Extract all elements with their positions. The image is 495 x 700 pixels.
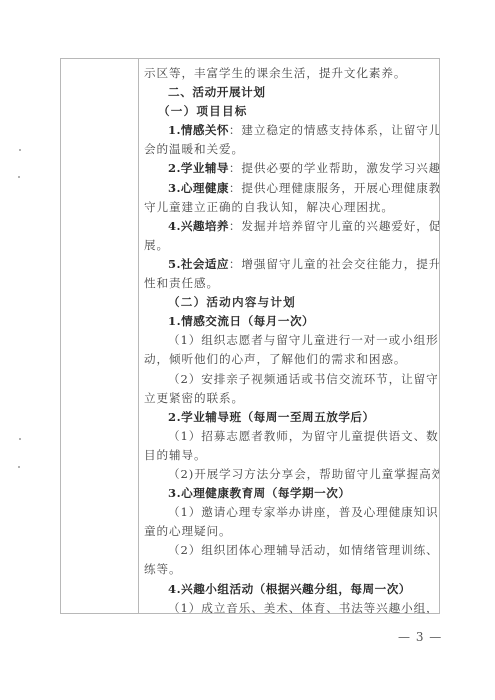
paragraph-line: 会的温暖和关爱。 — [144, 140, 436, 159]
goal-text: ：发掘并培养留守儿童的兴趣爱好，促进其全面发 — [229, 219, 439, 233]
content-body: 示区等，丰富学生的课余生活，提升文化素养。 二、活动开展计划 （一）项目目标 1… — [144, 64, 436, 613]
margin-mark — [19, 149, 21, 151]
paragraph-line: 立更紧密的联系。 — [144, 389, 436, 408]
goal-text: ：提供心理健康服务，开展心理健康教育，帮助留 — [229, 181, 439, 195]
goal-text: ：建立稳定的情感支持体系，让留守儿童感受到社 — [229, 123, 439, 137]
activity-title: 2.学业辅导班（每周一至周五放学后） — [144, 408, 436, 427]
subsection-heading: （一）项目目标 — [144, 102, 436, 121]
paragraph-line: 目的辅导。 — [144, 446, 436, 465]
goal-item: 1.情感关怀：建立稳定的情感支持体系，让留守儿童感受到社 — [144, 121, 436, 140]
margin-mark — [18, 466, 20, 468]
goal-item: 2.学业辅导：提供必要的学业帮助，激发学习兴趣。 — [144, 159, 436, 178]
paragraph-line: （1）邀请心理专家举办讲座，普及心理健康知识，解答留守儿 — [144, 503, 436, 522]
activity-title: 3.心理健康教育周（每学期一次） — [144, 484, 436, 503]
paragraph-line: 童的心理疑问。 — [144, 522, 436, 541]
paragraph-line: （1）成立音乐、美术、体育、书法等兴趣小组，邀请专业教师 — [144, 599, 436, 613]
margin-mark — [18, 176, 20, 178]
paragraph-line: （1）招募志愿者教师，为留守儿童提供语文、数学、英语等科 — [144, 427, 436, 446]
paragraph-line: 练等。 — [144, 560, 436, 579]
paragraph-line: （2）安排亲子视频通话或书信交流环节，让留守儿童与父母建 — [144, 370, 436, 389]
goal-label: 1.情感关怀 — [168, 123, 229, 137]
paragraph-line: 守儿童建立正确的自我认知，解决心理困扰。 — [144, 198, 436, 217]
paragraph-line: 示区等，丰富学生的课余生活，提升文化素养。 — [144, 64, 436, 83]
goal-text: ：提供必要的学业帮助，激发学习兴趣。 — [229, 161, 439, 175]
paragraph-line: （2）组织团体心理辅导活动，如情绪管理训练、自信心提升训 — [144, 541, 436, 560]
goal-label: 2.学业辅导 — [168, 161, 229, 175]
document-page: 示区等，丰富学生的课余生活，提升文化素养。 二、活动开展计划 （一）项目目标 1… — [0, 0, 495, 700]
paragraph-line: 性和责任感。 — [144, 274, 436, 293]
paragraph-line: （1）组织志愿者与留守儿童进行一对一或小组形式的谈心活 — [144, 331, 436, 350]
document-table: 示区等，丰富学生的课余生活，提升文化素养。 二、活动开展计划 （一）项目目标 1… — [60, 58, 440, 614]
goal-label: 5.社会适应 — [168, 257, 229, 271]
activity-title: 4.兴趣小组活动（根据兴趣分组，每周一次） — [144, 580, 436, 599]
margin-mark — [19, 438, 21, 440]
page-number: — 3 — — [398, 630, 442, 644]
goal-text: ：增强留守儿童的社会交往能力，提升其社会适应 — [229, 257, 439, 271]
subsection-heading: （二）活动内容与计划 — [144, 293, 436, 312]
paragraph-line: 展。 — [144, 236, 436, 255]
goal-item: 3.心理健康：提供心理健康服务，开展心理健康教育，帮助留 — [144, 179, 436, 198]
goal-item: 5.社会适应：增强留守儿童的社会交往能力，提升其社会适应 — [144, 255, 436, 274]
table-content-cell: 示区等，丰富学生的课余生活，提升文化素养。 二、活动开展计划 （一）项目目标 1… — [139, 59, 439, 613]
goal-label: 3.心理健康 — [168, 181, 229, 195]
goal-item: 4.兴趣培养：发掘并培养留守儿童的兴趣爱好，促进其全面发 — [144, 217, 436, 236]
goal-label: 4.兴趣培养 — [168, 219, 229, 233]
section-heading: 二、活动开展计划 — [144, 83, 436, 102]
table-label-cell — [61, 59, 139, 613]
paragraph-line: 动，倾听他们的心声，了解他们的需求和困惑。 — [144, 350, 436, 369]
paragraph-line: （2)开展学习方法分享会，帮助留守儿童掌握高效的学习技巧。 — [144, 465, 436, 484]
activity-title: 1.情感交流日（每月一次） — [144, 312, 436, 331]
